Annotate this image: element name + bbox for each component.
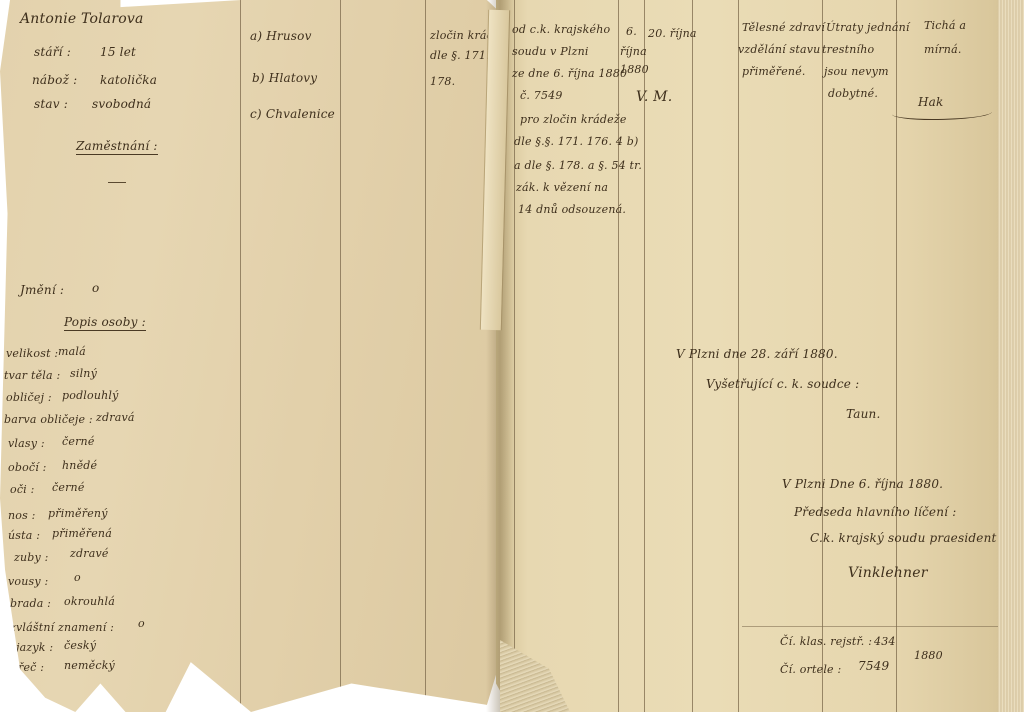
field-label-religion: nábož :: [32, 74, 77, 86]
property-label: Jmění :: [20, 284, 64, 296]
desc-value: přiměřená: [52, 528, 112, 539]
health-line: vzdělání stavu: [738, 44, 820, 55]
costs-line: Útraty jednání: [826, 22, 910, 33]
place-b: b) Hlatovy: [252, 72, 317, 84]
costs-line: dobytné.: [828, 88, 878, 99]
desc-value: černé: [52, 482, 85, 493]
register-no-value: 434: [874, 636, 896, 647]
desc-value: podlouhlý: [62, 390, 119, 401]
health-line: přiměřené.: [742, 66, 806, 77]
desc-label: brada :: [10, 598, 51, 609]
certification-2-title: Předseda hlavního líčení :: [794, 506, 956, 518]
file-no-value: 7549: [858, 660, 889, 672]
desc-value: zdravá: [96, 412, 135, 423]
column-rule: [644, 0, 645, 712]
judgment-day: 6.: [626, 26, 637, 37]
column-rule: [240, 0, 241, 712]
judgment-line: č. 7549: [520, 90, 563, 101]
judgment-line: soudu v Plzni: [512, 46, 589, 57]
column-rule: [514, 0, 515, 712]
column-rule: [425, 0, 426, 712]
desc-value: český: [64, 640, 96, 651]
desc-value: silný: [70, 368, 97, 379]
field-value-religion: katolička: [100, 74, 157, 86]
employment-heading: Zaměstnání :: [76, 140, 158, 155]
employment-dash: [108, 182, 126, 183]
certification-2-signature: Vinklehner: [848, 566, 928, 580]
desc-label: oči :: [10, 484, 35, 495]
initials: V. M.: [636, 90, 672, 104]
right-page: od c.k. krajského soudu v Plzni ze dne 6…: [496, 0, 1024, 712]
certification-1-place-date: V Plzni dne 28. září 1880.: [676, 348, 838, 360]
judgment-line: od c.k. krajského: [512, 24, 610, 35]
desc-value: černé: [62, 436, 95, 447]
field-value-age: 15 let: [100, 46, 136, 58]
desc-value: malá: [58, 346, 86, 357]
certification-1-signature: Taun.: [846, 408, 881, 420]
desc-label: obličej :: [6, 392, 52, 403]
left-page: Antonie Tolarova stáří : 15 let nábož : …: [0, 0, 502, 712]
desc-label: barva obličeje :: [4, 414, 93, 425]
costs-line: trestního: [822, 44, 874, 55]
certification-1-title: Vyšetřující c. k. soudce :: [706, 378, 859, 390]
judgment-line: 14 dnů odsouzená.: [518, 204, 626, 215]
desc-value: zdravé: [70, 548, 109, 559]
desc-value: přiměřený: [48, 508, 108, 519]
desc-label: řeč :: [18, 662, 44, 673]
desc-value: okrouhlá: [64, 596, 115, 607]
judgment-month: října: [620, 46, 647, 57]
row-rule: [742, 626, 1002, 627]
desc-label: vlasy :: [8, 438, 45, 449]
field-label-marital: stav :: [34, 98, 68, 110]
field-value-marital: svobodná: [92, 98, 151, 110]
judgment-line: a dle §. 178. a §. 54 tr.: [514, 160, 642, 171]
description-heading: Popis osoby :: [64, 316, 146, 331]
desc-label: ústa :: [8, 530, 40, 541]
signature-flourish: [892, 106, 992, 120]
page-edges: [998, 0, 1024, 712]
judgment-year: 1880: [620, 64, 649, 75]
property-value: o: [92, 282, 99, 294]
field-label-age: stáří :: [34, 46, 71, 58]
place-a: a) Hrusov: [250, 30, 312, 42]
behavior-line: Tichá a: [924, 20, 966, 31]
column-rule: [618, 0, 619, 712]
register-no-label: Čí. klas. rejstř. :: [780, 636, 872, 647]
desc-value: o: [138, 618, 145, 629]
certification-2-place-date: V Plzni Dne 6. října 1880.: [782, 478, 943, 490]
desc-label: zvláštní znamení :: [10, 622, 114, 633]
judgment-line: zák. k vězení na: [516, 182, 608, 193]
column-rule: [340, 0, 341, 712]
judgment-line: pro zločin krádeže: [520, 114, 627, 125]
person-name: Antonie Tolarova: [20, 12, 144, 26]
desc-label: velikost :: [6, 348, 58, 359]
release-date: 20. října: [648, 28, 697, 39]
desc-label: vousy :: [8, 576, 48, 587]
place-c: c) Chvalenice: [250, 108, 335, 120]
file-no-label: Čí. ortele :: [780, 664, 841, 675]
footer-year: 1880: [914, 650, 943, 661]
desc-label: obočí :: [8, 462, 47, 473]
desc-value: o: [74, 572, 81, 583]
costs-line: jsou nevym: [824, 66, 889, 77]
behavior-line: mírná.: [924, 44, 962, 55]
desc-value: neměcký: [64, 660, 115, 671]
certification-2-president: C.k. krajský soudu praesident :: [810, 532, 1005, 544]
crime-line-3: 178.: [430, 76, 455, 87]
desc-label: tvar těla :: [4, 370, 60, 381]
desc-label: zuby :: [14, 552, 49, 563]
desc-label: nos :: [8, 510, 36, 521]
health-line: Tělesné zdraví: [742, 22, 825, 33]
desc-value: hnědé: [62, 460, 97, 471]
desc-label: jazyk :: [16, 642, 53, 653]
judgment-line: ze dne 6. října 1880: [512, 68, 627, 79]
judgment-line: dle §.§. 171. 176. 4 b): [514, 136, 638, 147]
